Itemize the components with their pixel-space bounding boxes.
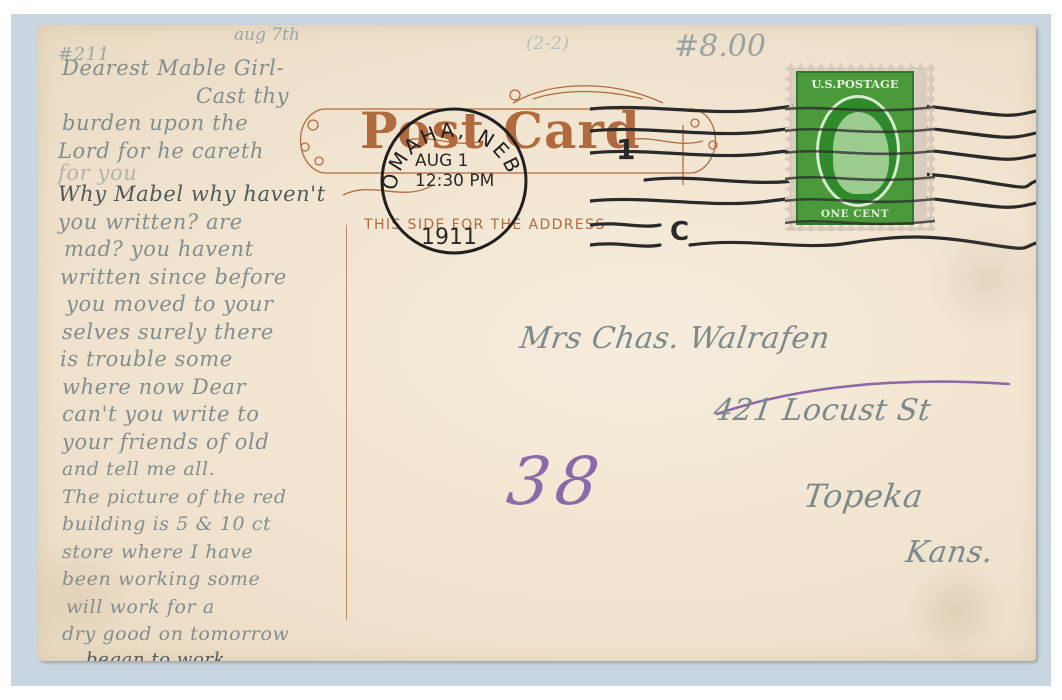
message-line: your friends of old	[62, 429, 366, 457]
stamp-top-text: U.S.POSTAGE	[798, 77, 912, 91]
pencil-note-number: #211	[58, 41, 366, 55]
postmark-month-day: AUG 1	[415, 151, 494, 171]
postcard: #211 Dearest Mable Girl- Cast thy burden…	[38, 25, 1036, 661]
message-line: is trouble some	[60, 346, 366, 374]
recipient-state: Kans.	[904, 535, 996, 570]
pencil-bracket-note: (2-2)	[526, 33, 569, 54]
message-line: building is 5 & 10 ct	[62, 511, 366, 539]
recipient-name: Mrs Chas. Walrafen	[518, 321, 833, 356]
message-line: Dearest Mable Girl-	[62, 55, 366, 83]
cancel-letter: C	[670, 217, 689, 247]
message-line: you written? are	[58, 209, 366, 237]
message-line: written since before	[60, 264, 366, 292]
cancel-number: 1	[616, 133, 635, 166]
message-line: dry good on tomorrow	[62, 621, 366, 649]
pencil-date-note: aug 7th	[234, 25, 300, 45]
message-line: where now Dear	[62, 374, 366, 402]
postmark-date: AUG 1 12:30 PM	[415, 151, 494, 191]
message-line: The picture of the red	[62, 484, 366, 512]
postmark-time: 12:30 PM	[415, 171, 494, 191]
recipient-city: Topeka	[801, 477, 925, 515]
message-line: mad? you havent	[64, 236, 366, 264]
message-line: will work for a	[66, 594, 366, 622]
postmark-year: 1911	[421, 225, 477, 250]
message-line: selves surely there	[62, 319, 366, 347]
message-line: been working some	[62, 566, 366, 594]
message-line: you moved to your	[66, 291, 366, 319]
message-address-divider	[346, 225, 347, 620]
pencil-price-note: #8.00	[674, 29, 766, 64]
recipient-street: 421 Locust St	[712, 393, 934, 428]
message-line: can't you write to	[62, 401, 366, 429]
message-line: store where I have	[62, 539, 366, 567]
stamp-cancel-lines-icon	[785, 95, 935, 235]
message-line: began to work	[86, 649, 366, 662]
message-line: and tell me all.	[62, 456, 366, 484]
annotation-number: 38	[503, 443, 610, 520]
